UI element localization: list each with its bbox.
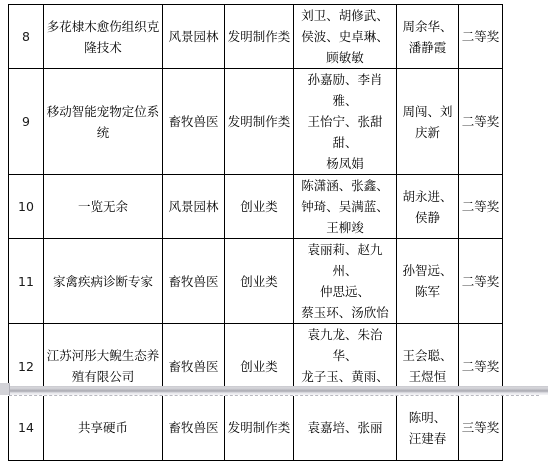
project-name: 移动智能宠物定位系统 [44,69,163,175]
advisors: 陈明、汪建春 [397,396,459,460]
advisors: 孙智远、陈军 [397,239,459,324]
advisors: 周余华、潘静霞 [397,5,459,69]
project-name: 一览无余 [44,175,163,239]
advisor-line: 侯静 [415,210,440,225]
advisor-line: 王煜恒 [409,369,447,384]
table-row: 12 江苏河彤大鲵生态养殖有限公司 畜牧兽医 创业类 袁九龙、朱治华、龙子玉、黄… [9,324,503,387]
field: 畜牧兽医 [163,239,225,324]
table-row: 10 一览无余 风景园林 创业类 陈潇涵、张鑫、钟琦、吴满蓝、王柳竣 胡永进、侯… [9,175,503,239]
advisors: 王会聪、王煜恒 [397,324,459,387]
award: 二等奖 [459,175,503,239]
category: 创业类 [225,175,294,239]
table-row: 14 共享硬币 畜牧兽医 发明制作类 袁嘉培、张丽 陈明、汪建春 三等奖 [9,396,503,460]
project-name: 多花棣木愈伤组织克隆技术 [44,5,163,69]
member-line: 顾敏敏 [326,50,364,65]
field: 风景园林 [163,5,225,69]
project-name-line: 殖有限公司 [72,369,135,384]
document-page-1: 8 多花棣木愈伤组织克隆技术 风景园林 发明制作类 刘卫、胡修武、侯波、史卓琳、… [0,0,548,386]
category: 创业类 [225,239,294,324]
member-line: 侯波、史卓琳、 [301,29,389,44]
project-name: 共享硬币 [44,396,163,460]
page-top-margin-guide [9,395,539,396]
field: 风景园林 [163,175,225,239]
member-line: 王怡宁、张甜甜、 [307,114,382,150]
advisor-line: 陈军 [415,284,440,299]
category: 创业类 [225,324,294,387]
member-line: 孙嘉励、李肖雅、 [307,72,382,108]
member-line: 刘卫、胡修武、 [301,8,389,23]
category: 发明制作类 [225,69,294,175]
field: 畜牧兽医 [163,69,225,175]
advisor-line: 周余华、 [402,19,452,34]
table-row: 9 移动智能宠物定位系统 畜牧兽医 发明制作类 孙嘉励、李肖雅、王怡宁、张甜甜、… [9,69,503,175]
award: 二等奖 [459,69,503,175]
members: 袁丽莉、赵九州、仲思远、蔡玉环、汤欣怡 [294,239,397,324]
project-name-line: 多花棣木愈伤组织克 [47,19,160,34]
field: 畜牧兽医 [163,396,225,460]
field: 畜牧兽医 [163,324,225,387]
members: 袁嘉培、张丽 [294,396,397,460]
advisor-line: 陈明、 [409,410,447,425]
category: 发明制作类 [225,396,294,460]
project-name-line: 江苏河彤大鲵生态养 [47,348,160,363]
advisor-line: 周闯、刘 [402,104,452,119]
member-line: 蔡玉环、汤欣怡 [301,305,389,320]
advisor-line: 王会聪、 [402,348,452,363]
member-line: 王柳竣 [326,220,364,235]
member-line: 袁丽莉、赵九州、 [307,242,382,278]
row-number: 9 [9,69,44,175]
award: 二等奖 [459,239,503,324]
category: 发明制作类 [225,5,294,69]
project-name: 江苏河彤大鲵生态养殖有限公司 [44,324,163,387]
award: 二等奖 [459,5,503,69]
advisor-line: 汪建春 [409,431,447,446]
award: 二等奖 [459,324,503,387]
advisor-line: 孙智远、 [402,263,452,278]
row-number: 14 [9,396,44,460]
advisor-line: 庆新 [415,125,440,140]
table-row: 8 多花棣木愈伤组织克隆技术 风景园林 发明制作类 刘卫、胡修武、侯波、史卓琳、… [9,5,503,69]
page-break-separator [0,386,548,395]
member-line: 杨凤娟 [326,156,364,171]
members: 刘卫、胡修武、侯波、史卓琳、顾敏敏 [294,5,397,69]
members: 陈潇涵、张鑫、钟琦、吴满蓝、王柳竣 [294,175,397,239]
award: 三等奖 [459,396,503,460]
advisors: 周闯、刘庆新 [397,69,459,175]
row-number: 8 [9,5,44,69]
advisors: 胡永进、侯静 [397,175,459,239]
members: 孙嘉励、李肖雅、王怡宁、张甜甜、杨凤娟 [294,69,397,175]
member-line: 仲思远、 [320,284,370,299]
row-number: 10 [9,175,44,239]
project-name: 家禽疾病诊断专家 [44,239,163,324]
member-line: 钟琦、吴满蓝、 [301,199,389,214]
member-line: 陈潇涵、张鑫、 [301,178,389,193]
advisor-line: 胡永进、 [402,189,452,204]
member-line: 袁九龙、朱治华、 [307,327,382,363]
project-name-line: 移动智能宠物定位系 [47,104,160,119]
row-number: 11 [9,239,44,324]
project-name-line: 隆技术 [84,40,122,55]
advisor-line: 潘静霞 [409,40,447,55]
members: 袁九龙、朱治华、龙子玉、黄雨、张波 [294,324,397,387]
project-name-line: 统 [97,125,110,140]
row-number: 12 [9,324,44,387]
document-page-2: 14 共享硬币 畜牧兽医 发明制作类 袁嘉培、张丽 陈明、汪建春 三等奖 [0,395,548,464]
member-line: 龙子玉、黄雨、 [301,369,389,384]
awards-table-page-2: 14 共享硬币 畜牧兽医 发明制作类 袁嘉培、张丽 陈明、汪建春 三等奖 [8,396,503,461]
table-row: 11 家禽疾病诊断专家 畜牧兽医 创业类 袁丽莉、赵九州、仲思远、蔡玉环、汤欣怡… [9,239,503,324]
awards-table-page-1: 8 多花棣木愈伤组织克隆技术 风景园林 发明制作类 刘卫、胡修武、侯波、史卓琳、… [8,4,503,386]
